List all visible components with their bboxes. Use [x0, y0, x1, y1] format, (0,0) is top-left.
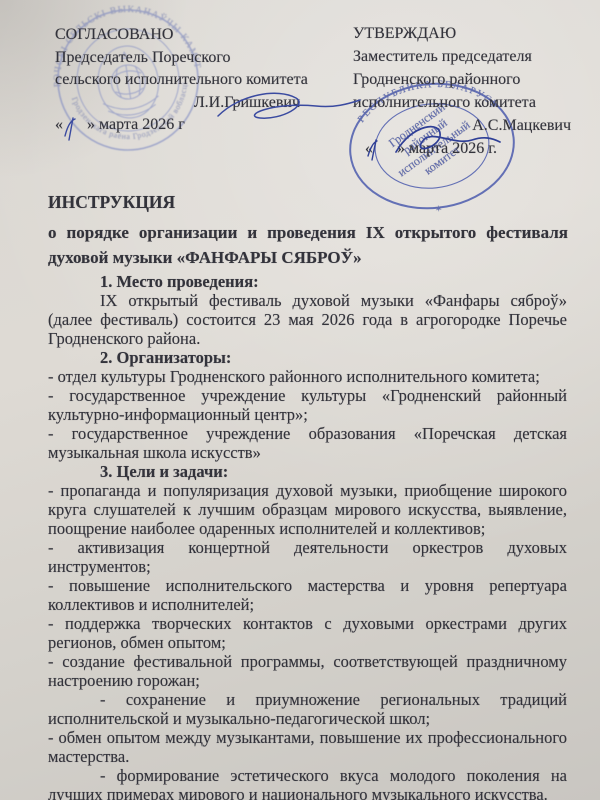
- section-1-heading: 1. Место проведения:: [48, 272, 567, 291]
- list-item: - государственное учреждение образования…: [48, 424, 567, 462]
- document-body: 1. Место проведения: IX открытый фестива…: [48, 272, 567, 800]
- list-item: - пропаганда и популяризация духовой муз…: [48, 481, 567, 538]
- list-item: - создание фестивальной программы, соотв…: [48, 652, 567, 690]
- list-item: - формирование эстетического вкуса молод…: [48, 766, 567, 800]
- approval-left-title: СОГЛАСОВАНО: [55, 24, 325, 47]
- list-item: - обмен опытом между музыкантами, повыше…: [48, 728, 567, 766]
- document-title: ИНСТРУКЦИЯ: [48, 192, 568, 213]
- section-1-paragraph: IX открытый фестиваль духовой музыки «Фа…: [48, 291, 567, 348]
- approval-left-line1: Председатель Поречского: [55, 47, 325, 70]
- section-2-heading: 2. Организаторы:: [48, 348, 567, 367]
- approval-right-line2: Гродненского районного: [353, 68, 571, 91]
- approval-right-line1: Заместитель председателя: [353, 45, 571, 68]
- approval-right-line3: исполнительного комитета: [353, 91, 571, 114]
- section-3-heading: 3. Цели и задачи:: [48, 462, 567, 481]
- handwritten-day-right: [364, 138, 384, 162]
- handwritten-day-left: [60, 116, 82, 142]
- list-item: - поддержка творческих контактов с духов…: [48, 614, 567, 652]
- approval-left-date-text: марта 2026 г: [99, 116, 185, 133]
- list-item: - отдел культуры Гродненского районного …: [48, 367, 567, 386]
- quote-close: »: [87, 116, 95, 133]
- signature-left: [212, 86, 364, 134]
- list-item: - активизация концертной деятельности ор…: [48, 538, 567, 576]
- document-subtitle: о порядке организации и проведения IX от…: [48, 220, 568, 270]
- signature-right: [390, 118, 506, 170]
- list-item: - сохранение и приумножение региональных…: [48, 690, 567, 728]
- list-item: - повышение исполнительского мастерства …: [48, 576, 567, 614]
- document-title-block: ИНСТРУКЦИЯ о порядке организации и прове…: [48, 192, 568, 270]
- document-photo: ПАРЭЧСКІ СЕЛЬСКІ ВЫКАНАЎЧЫ КАМІТЭТ Гродз…: [0, 0, 600, 800]
- approval-right-title: УТВЕРЖДАЮ: [353, 22, 571, 45]
- list-item: - государственное учреждение культуры «Г…: [48, 386, 567, 424]
